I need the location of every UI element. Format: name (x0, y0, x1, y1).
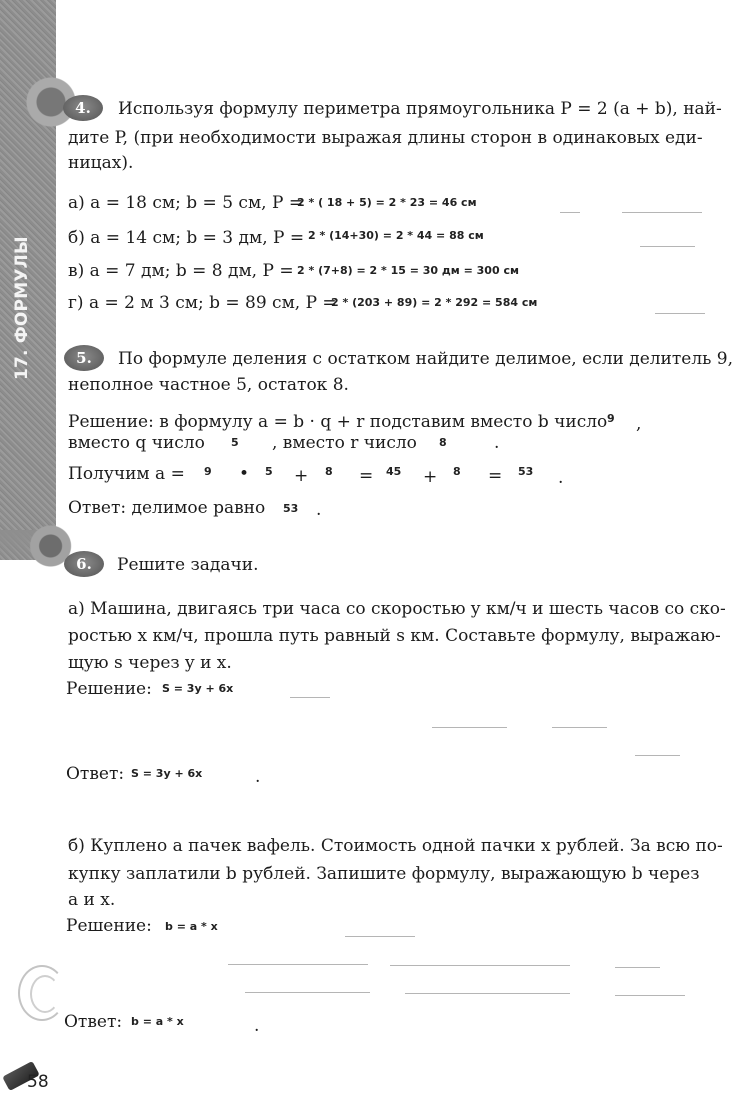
task4-item-answer[interactable]: 2 * (203 + 89) = 2 * 292 = 584 см (331, 296, 537, 309)
task6a-solution-label: Решение: (66, 679, 152, 699)
task6b-solution-field[interactable]: b = a * x (165, 920, 218, 933)
result-token: + (294, 466, 308, 486)
result-token: = (488, 466, 502, 486)
task-number-badge: 6. (64, 551, 104, 577)
q-value-field[interactable]: 5 (231, 436, 239, 449)
task6a-answer-field[interactable]: S = 3y + 6x (131, 767, 202, 780)
result-token[interactable]: 8 (325, 465, 333, 478)
fill-line (228, 964, 368, 965)
decorative-ring-outline-icon (30, 975, 60, 1013)
task6a-text-line: ростью x км/ч, прошла путь равный s км. … (68, 626, 721, 646)
task4-item-label: г) a = 2 м 3 см; b = 89 см, P = (68, 293, 337, 313)
fill-line (622, 212, 702, 213)
task6-title: Решите задачи. (117, 555, 259, 575)
task4-item-answer[interactable]: 2 * (14+30) = 2 * 44 = 88 см (308, 229, 484, 242)
fill-line (552, 727, 607, 728)
fill-line (635, 755, 680, 756)
result-token[interactable]: 5 (265, 465, 273, 478)
task6b-solution-label: Решение: (66, 916, 152, 936)
task5-solution-text: Решение: в формулу a = b · q + r подстав… (68, 412, 607, 432)
result-token[interactable]: 53 (518, 465, 533, 478)
punctuation: . (316, 500, 321, 520)
task6b-text-line: б) Куплено a пачек вафель. Стоимость одн… (68, 836, 723, 856)
result-token[interactable]: 45 (386, 465, 401, 478)
task4-prompt-line: Используя формулу периметра прямоугольни… (118, 99, 722, 119)
task6a-answer-label: Ответ: (66, 764, 124, 784)
punctuation: , (636, 414, 641, 434)
page-number: 58 (27, 1072, 49, 1092)
fill-line (640, 246, 695, 247)
r-value-field[interactable]: 8 (439, 436, 447, 449)
task5-prompt-line: По формуле деления с остатком найдите де… (118, 349, 733, 369)
task5-answer-prefix: Ответ: делимое равно (68, 498, 265, 518)
task6b-text-line: купку заплатили b рублей. Запишите форму… (68, 864, 700, 884)
task6a-text-line: а) Машина, двигаясь три часа со скорость… (68, 599, 726, 619)
task-number-badge: 5. (64, 345, 104, 371)
task4-prompt-line: дите P, (при необходимости выражая длины… (68, 128, 703, 148)
fill-line (405, 993, 570, 994)
result-token[interactable]: 9 (204, 465, 212, 478)
b-value-field[interactable]: 9 (607, 412, 615, 425)
result-token: = (359, 466, 373, 486)
task4-item-answer[interactable]: 2 * (7+8) = 2 * 15 = 30 дм = 300 см (297, 264, 519, 277)
fill-line (432, 727, 507, 728)
task5-q-text: вместо q число (68, 433, 205, 453)
task5-r-text: , вместо r число (272, 433, 417, 453)
answer-field[interactable]: 53 (283, 502, 298, 515)
task4-item-label: в) a = 7 дм; b = 8 дм, P = (68, 261, 294, 281)
task6b-answer-label: Ответ: (64, 1012, 122, 1032)
task6a-text-line: щую s через y и x. (68, 653, 232, 673)
task-number-badge: 4. (63, 95, 103, 121)
task4-prompt-line: ницах). (68, 153, 133, 173)
fill-line (245, 992, 370, 993)
task5-result-prefix: Получим a = (68, 464, 185, 484)
task6b-answer-field[interactable]: b = a * x (131, 1015, 184, 1028)
fill-line (345, 936, 415, 937)
result-token[interactable]: 8 (453, 465, 461, 478)
fill-line (615, 967, 660, 968)
task5-prompt-line: неполное частное 5, остаток 8. (68, 375, 349, 395)
fill-line (290, 697, 330, 698)
task4-item-answer[interactable]: 2 * ( 18 + 5) = 2 * 23 = 46 см (297, 196, 477, 209)
fill-line (390, 965, 570, 966)
punctuation: . (255, 767, 260, 787)
task6a-solution-field[interactable]: S = 3y + 6x (162, 682, 233, 695)
result-token: + (423, 467, 437, 487)
fill-line (560, 212, 580, 213)
task4-item-label: а) a = 18 см; b = 5 см, P = (68, 193, 303, 213)
chapter-label: 17. ФОРМУЛЫ (12, 236, 32, 380)
fill-line (655, 313, 705, 314)
result-token: • (239, 464, 249, 484)
task6b-text-line: a и x. (68, 890, 115, 910)
punctuation: . (254, 1016, 259, 1036)
punctuation: . (494, 433, 499, 453)
result-token: . (558, 468, 563, 488)
task4-item-label: б) a = 14 см; b = 3 дм, P = (68, 228, 304, 248)
fill-line (615, 995, 685, 996)
